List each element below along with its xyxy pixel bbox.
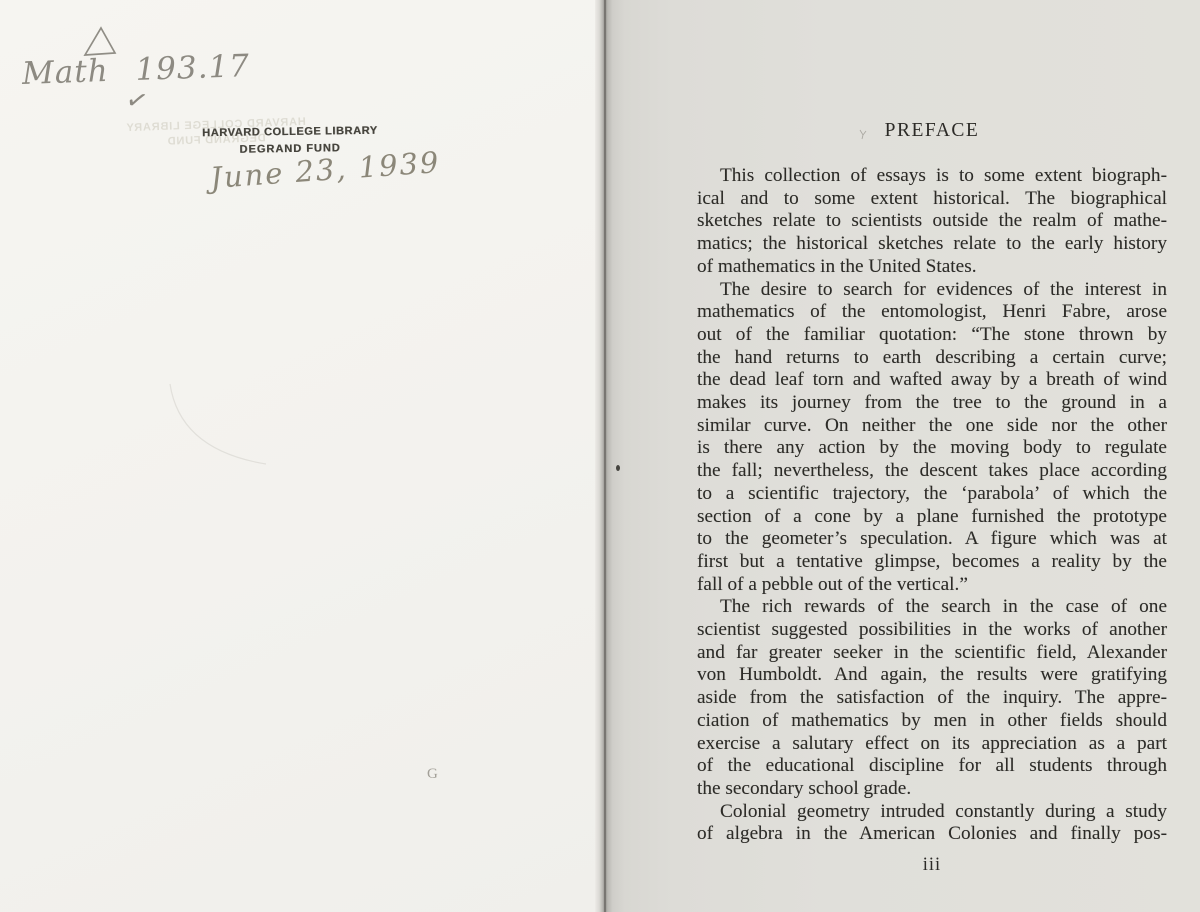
text-line: aside from the satisfaction of the inqui…	[697, 687, 1167, 710]
text-line: matics; the historical sketches relate t…	[697, 233, 1167, 256]
text-line: to a scientific trajectory, the ‘parabol…	[697, 483, 1167, 506]
text-line: Colonial geometry intruded constantly du…	[697, 801, 1167, 824]
text-line: of the educational discipline for all st…	[697, 755, 1167, 778]
text-line: and far greater seeker in the scientific…	[697, 642, 1167, 665]
text-line: first but a tentative glimpse, becomes a…	[697, 551, 1167, 574]
checkmark-pencil-icon: ✓	[123, 84, 151, 118]
book-scan: Math 193.17 ✓ HARVARD COLLEGE LIBRARY DE…	[0, 0, 1200, 912]
preface-body: This collection of essays is to some ext…	[697, 165, 1167, 846]
text-line: section of a cone by a plane furnished t…	[697, 506, 1167, 529]
text-line: to the geometer’s speculation. A figure …	[697, 528, 1167, 551]
text-line: similar curve. On neither the one side n…	[697, 415, 1167, 438]
page-number: iii	[697, 855, 1167, 876]
ink-speck	[616, 465, 620, 471]
left-page: Math 193.17 ✓ HARVARD COLLEGE LIBRARY DE…	[0, 0, 597, 912]
text-line: mathematics of the entomologist, Henri F…	[697, 301, 1167, 324]
page-title: PREFACE	[697, 120, 1167, 142]
text-line: ical and to some extent historical. The …	[697, 188, 1167, 211]
text-line: scientist suggested possibilities in the…	[697, 619, 1167, 642]
text-line: is there any action by the moving body t…	[697, 437, 1167, 460]
text-line: of algebra in the American Colonies and …	[697, 823, 1167, 846]
right-page: PREFACE This collection of essays is to …	[613, 0, 1200, 912]
gutter-seam-line	[604, 0, 606, 912]
faint-pencil-arc	[158, 372, 278, 472]
text-line: This collection of essays is to some ext…	[697, 165, 1167, 188]
text-line: the secondary school grade.	[697, 778, 1167, 801]
text-line: of mathematics in the United States.	[697, 256, 1167, 279]
text-line: the fall; nevertheless, the descent take…	[697, 460, 1167, 483]
text-line: fall of a pebble out of the vertical.”	[697, 574, 1167, 597]
text-line: ciation of mathematics by men in other f…	[697, 710, 1167, 733]
text-line: von Humboldt. And again, the results wer…	[697, 664, 1167, 687]
text-line: The desire to search for evidences of th…	[697, 279, 1167, 302]
text-line: exercise a salutary effect on its apprec…	[697, 733, 1167, 756]
text-line: makes its journey from the tree to the g…	[697, 392, 1167, 415]
text-line: the hand returns to earth describing a c…	[697, 347, 1167, 370]
text-line: The rich rewards of the search in the ca…	[697, 596, 1167, 619]
text-line: out of the familiar quotation: “The ston…	[697, 324, 1167, 347]
faint-letter-mark: G	[427, 766, 438, 783]
preface-text-block: PREFACE This collection of essays is to …	[697, 120, 1167, 846]
text-line: sketches relate to scientists outside th…	[697, 210, 1167, 233]
text-line: the dead leaf torn and wafted away by a …	[697, 369, 1167, 392]
stamp-line1: HARVARD COLLEGE LIBRARY	[202, 124, 378, 140]
